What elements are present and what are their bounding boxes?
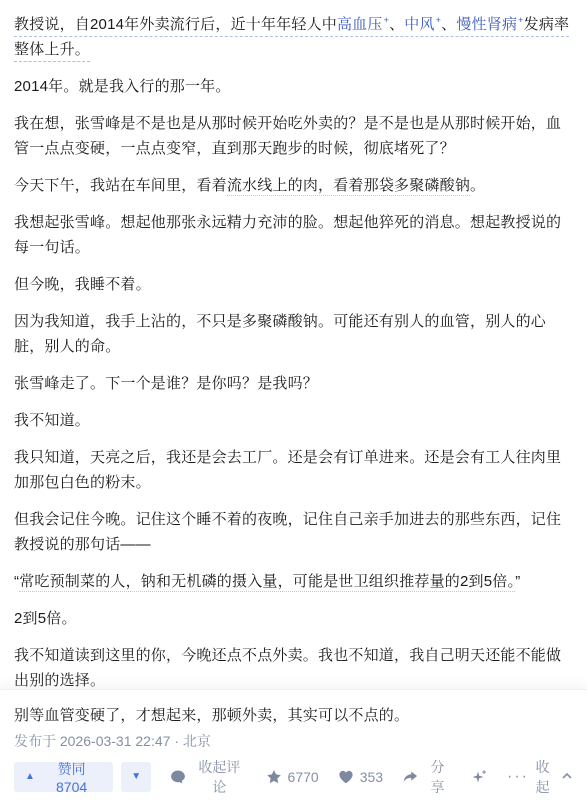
text-segment: 流水线上的肉，看着那袋多聚磷酸钠 bbox=[227, 177, 470, 196]
star-icon bbox=[266, 769, 282, 785]
text-segment: 张雪峰走了。下一个是谁？是你吗？是我吗？ bbox=[14, 375, 318, 392]
paragraph: 我只知道，天亮之后，我还是会去工厂。还是会有订单进来。还是会有工人往肉里加那包白… bbox=[14, 445, 573, 495]
paragraph: 我不知道读到这里的你，今晚还点不点外卖。我也不知道，我自己明天还能不能做出别的选… bbox=[14, 643, 573, 693]
share-button[interactable]: 分享 bbox=[402, 757, 451, 797]
text-segment: 我想起张雪峰。想起他那张永远精力充沛的脸。想起他猝死的消息。想起教授说的每一句话… bbox=[14, 214, 561, 256]
final-paragraph: 别等血管变硬了，才想起来，那顿外卖，其实可以不点的。 bbox=[14, 703, 573, 728]
text-segment: 但今晚，我睡不着。 bbox=[14, 276, 151, 293]
comment-button[interactable]: 收起评论 bbox=[170, 757, 246, 797]
paragraph: 我不知道。 bbox=[14, 408, 573, 433]
text-segment: 今天下午，我站在车间里，看着 bbox=[14, 177, 227, 194]
paragraph: 张雪峰走了。下一个是谁？是你吗？是我吗？ bbox=[14, 371, 573, 396]
paragraph: 2到5倍。 bbox=[14, 606, 573, 631]
paragraph: 2014年。就是我入行的那一年。 bbox=[14, 74, 573, 99]
keyword-link[interactable]: 高血压+ bbox=[337, 16, 389, 33]
paragraph: 但今晚，我睡不着。 bbox=[14, 272, 573, 297]
paragraph: 今天下午，我站在车间里，看着流水线上的肉，看着那袋多聚磷酸钠。 bbox=[14, 173, 573, 198]
upvote-triangle-icon: ▲ bbox=[25, 772, 35, 782]
keyword-link[interactable]: 中风+ bbox=[404, 16, 441, 33]
heart-icon bbox=[338, 769, 354, 785]
comment-label: 收起评论 bbox=[192, 757, 246, 797]
text-segment: 、 bbox=[389, 16, 404, 33]
sparkle-plus-icon bbox=[470, 768, 488, 786]
publish-info: 发布于 2026-03-31 22:47 · 北京 bbox=[14, 731, 573, 751]
text-segment: 我不知道。 bbox=[14, 412, 90, 429]
share-arrow-icon bbox=[402, 769, 418, 785]
like-count: 353 bbox=[360, 769, 383, 785]
text-segment: 我在想，张雪峰是不是也是从那时候开始吃外卖的？是不是也是从那时候开始，血管一点点… bbox=[14, 115, 561, 157]
text-segment: 因为我知道，我手上沾的，不只是多聚磷酸钠。可能还有别人的血管，别人的心脏，别人的… bbox=[14, 313, 546, 355]
paragraph: 教授说，自2014年外卖流行后，近十年年轻人中高血压+、中风+、慢性肾病+发病率… bbox=[14, 8, 573, 62]
share-label: 分享 bbox=[424, 757, 451, 797]
upvote-label: 赞同 8704 bbox=[41, 759, 102, 795]
like-button[interactable]: 353 bbox=[338, 769, 383, 785]
text-segment: 我不知道读到这里的你，今晚还点不点外卖。我也不知道，我自己明天还能不能做出别的选… bbox=[14, 647, 561, 689]
text-segment: 2到5倍。 bbox=[14, 610, 77, 627]
paragraph: 我在想，张雪峰是不是也是从那时候开始吃外卖的？是不是也是从那时候开始，血管一点点… bbox=[14, 111, 573, 161]
comment-bubble-icon bbox=[170, 769, 186, 785]
chevron-up-icon bbox=[561, 769, 573, 785]
answer-bottom-bar: 别等血管变硬了，才想起来，那顿外卖，其实可以不点的。 发布于 2026-03-3… bbox=[0, 689, 587, 800]
action-bar: ▲ 赞同 8704 ▼ 收起评论 6770 bbox=[14, 762, 573, 792]
paragraph: 但我会记住今晚。记住这个睡不着的夜晚，记住自己亲手加进去的那些东西，记住教授说的… bbox=[14, 507, 573, 557]
text-segment: 、 bbox=[441, 16, 456, 33]
text-segment: ” bbox=[515, 573, 520, 590]
paragraph: 我想起张雪峰。想起他那张永远精力充沛的脸。想起他猝死的消息。想起教授说的每一句话… bbox=[14, 210, 573, 260]
collapse-answer-button[interactable]: 收起 bbox=[529, 757, 573, 797]
sparkle-button[interactable] bbox=[470, 768, 488, 786]
text-segment: 。 bbox=[470, 177, 485, 194]
upvote-button[interactable]: ▲ 赞同 8704 bbox=[14, 762, 113, 792]
more-dots-icon: ··· bbox=[507, 768, 529, 786]
article-body: 教授说，自2014年外卖流行后，近十年年轻人中高血压+、中风+、慢性肾病+发病率… bbox=[0, 0, 587, 800]
highlighted-sentence: 教授说，自2014年外卖流行后，近十年年轻人中高血压+、中风+、慢性肾病+发病率… bbox=[14, 16, 569, 62]
favorite-count: 6770 bbox=[288, 769, 319, 785]
paragraph: “常吃预制菜的人，钠和无机磷的摄入量，可能是世卫组织推荐量的2到5倍。” bbox=[14, 569, 573, 594]
more-button[interactable]: ··· bbox=[507, 768, 529, 786]
text-segment: 但我会记住今晚。记住这个睡不着的夜晚，记住自己亲手加进去的那些东西，记住教授说的… bbox=[14, 511, 561, 553]
text-segment: 我只知道，天亮之后，我还是会去工厂。还是会有订单进来。还是会有工人往肉里加那包白… bbox=[14, 449, 561, 491]
paragraph: 因为我知道，我手上沾的，不只是多聚磷酸钠。可能还有别人的血管，别人的心脏，别人的… bbox=[14, 309, 573, 359]
favorite-button[interactable]: 6770 bbox=[266, 769, 319, 785]
keyword-link[interactable]: 慢性肾病+ bbox=[456, 16, 523, 33]
collapse-label: 收起 bbox=[529, 757, 556, 797]
downvote-button[interactable]: ▼ bbox=[121, 762, 151, 792]
text-segment: 2014年。就是我入行的那一年。 bbox=[14, 78, 231, 95]
text-segment: 常吃预制菜的人，钠和无机磷的摄入量，可能是世卫组织推荐量的2到5倍。 bbox=[19, 573, 515, 592]
downvote-triangle-icon: ▼ bbox=[131, 772, 141, 782]
text-segment: 教授说，自2014年外卖流行后，近十年年轻人中 bbox=[14, 16, 337, 33]
